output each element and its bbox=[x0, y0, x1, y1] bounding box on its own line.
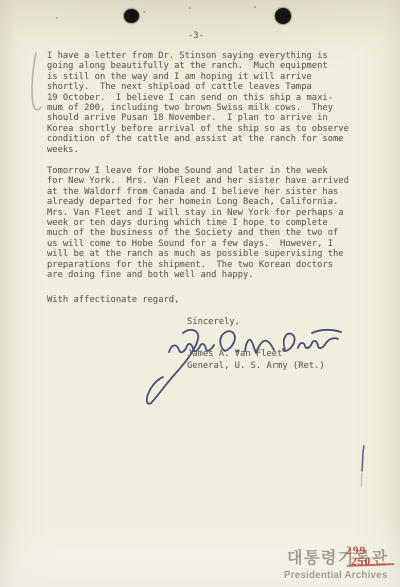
pencil-mark-left-margin bbox=[27, 50, 49, 118]
letter-closing-regards: With affectionate regard, bbox=[47, 295, 377, 305]
red-page-number-stamp-bottom: 250 bbox=[351, 557, 371, 568]
blue-pen-mark bbox=[355, 443, 371, 489]
paper-specks bbox=[0, 0, 2, 2]
typed-sender-name: James A. Van Fleet bbox=[187, 349, 400, 359]
archives-watermark-english: Presidential Archives bbox=[284, 570, 400, 581]
typed-sender-title: General, U. S. Army (Ret.) bbox=[187, 361, 400, 371]
letter-paragraph-2: Tomorrow I leave for Hobe Sound and late… bbox=[47, 166, 377, 280]
page-number: -3- bbox=[188, 31, 218, 41]
hole-punch-right bbox=[275, 8, 291, 24]
hole-punch-left bbox=[124, 9, 139, 23]
letter-paragraph-1: I have a letter from Dr. Stinson saying … bbox=[47, 51, 377, 155]
scanned-letter-page: -3- I have a letter from Dr. Stinson say… bbox=[0, 0, 400, 587]
